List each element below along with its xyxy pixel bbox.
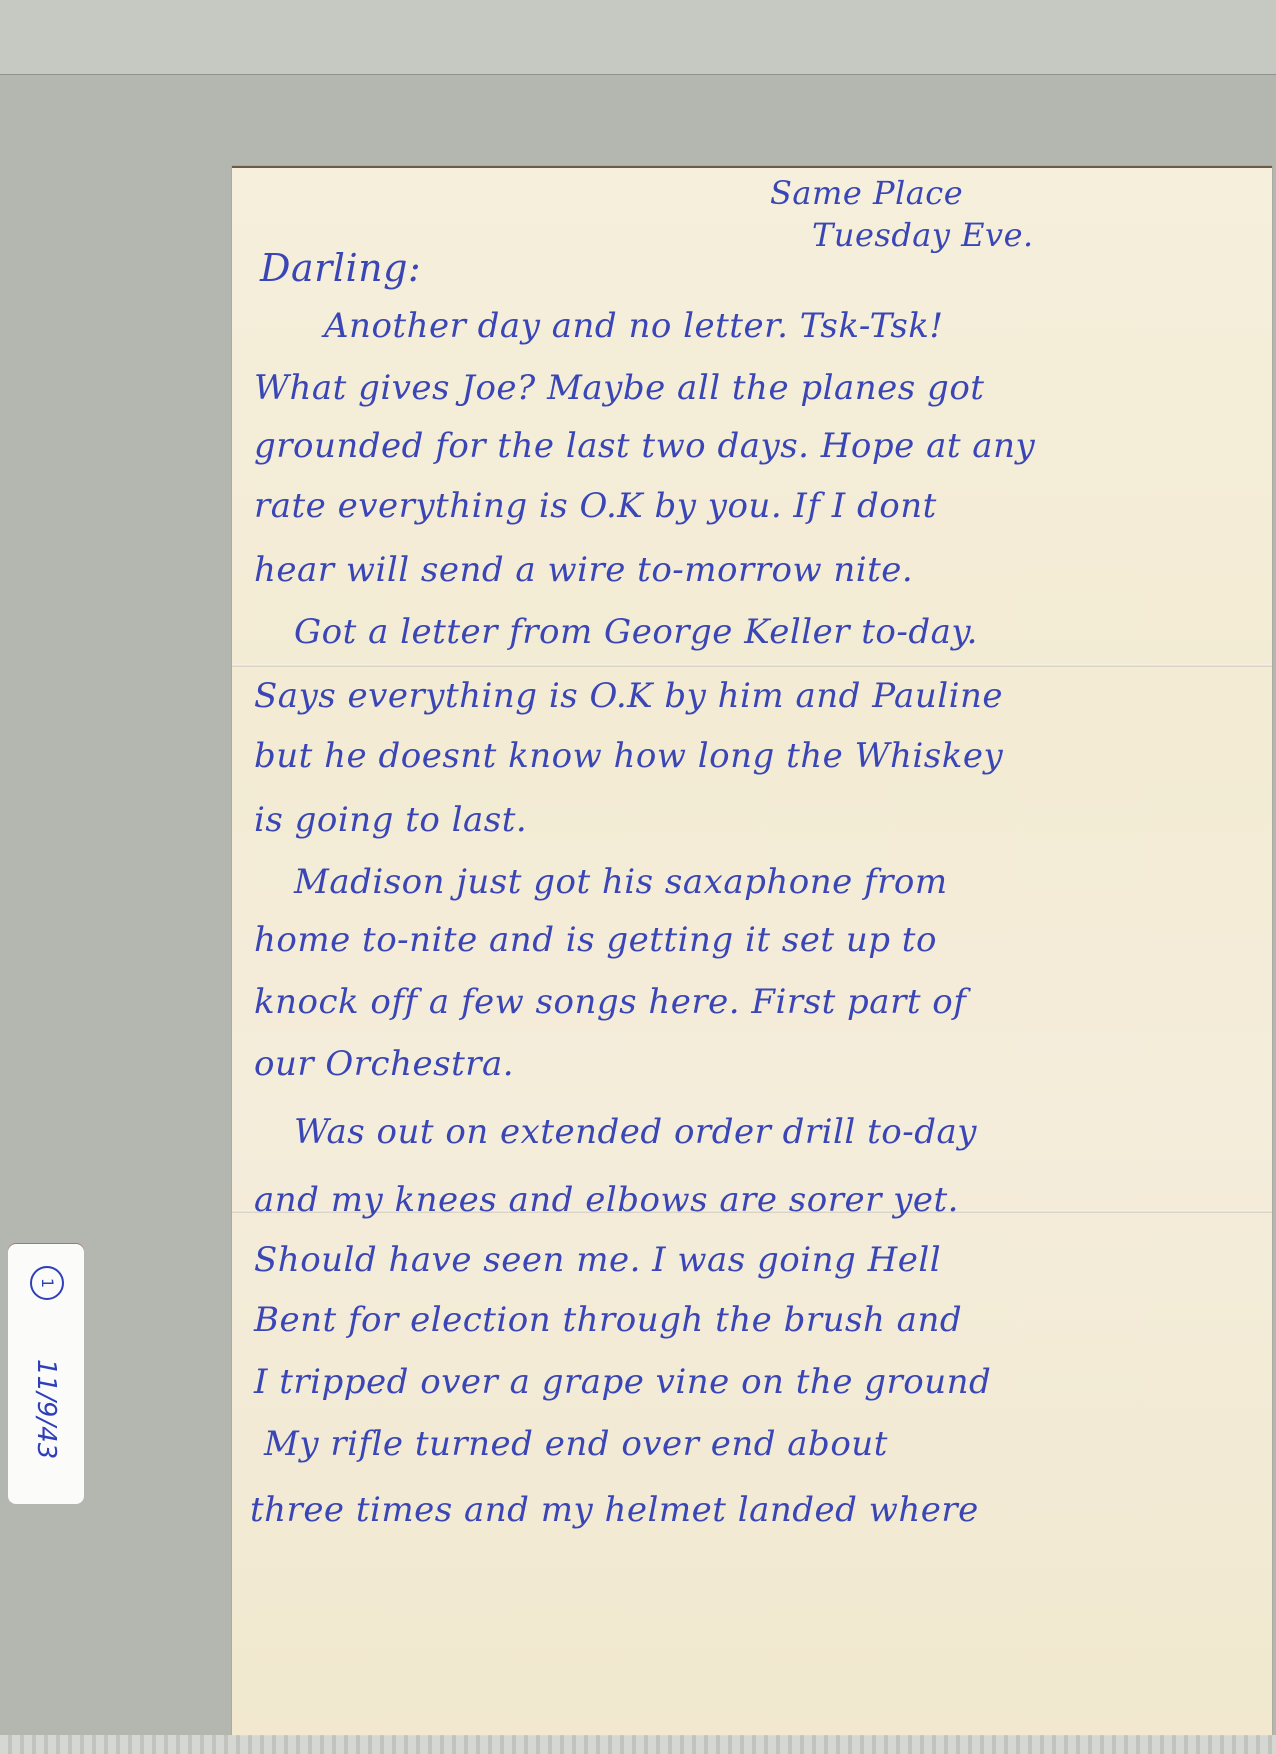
letter-line: three times and my helmet landed where bbox=[250, 1490, 979, 1530]
letter-line: I tripped over a grape vine on the groun… bbox=[254, 1362, 991, 1402]
letter-page: Same Place Tuesday Eve. Darling: Another… bbox=[232, 166, 1272, 1736]
page-number-circle: 1 bbox=[30, 1266, 64, 1300]
letter-line: hear will send a wire to-morrow nite. bbox=[254, 550, 913, 590]
letter-line: What gives Joe? Maybe all the planes got bbox=[254, 368, 984, 408]
letter-line: Madison just got his saxaphone from bbox=[294, 862, 948, 902]
letter-line: our Orchestra. bbox=[254, 1044, 514, 1084]
letter-line: Was out on extended order drill to-day bbox=[294, 1112, 977, 1152]
letter-line: home to-nite and is getting it set up to bbox=[254, 920, 937, 960]
letter-line: Another day and no letter. Tsk-Tsk! bbox=[324, 306, 944, 346]
letter-line: grounded for the last two days. Hope at … bbox=[254, 426, 1035, 466]
scanner-bottom-band bbox=[0, 1735, 1276, 1754]
letter-line: Says everything is O.K by him and Paulin… bbox=[254, 676, 1003, 716]
letter-line: Should have seen me. I was going Hell bbox=[254, 1240, 941, 1280]
letter-line: knock off a few songs here. First part o… bbox=[254, 982, 966, 1022]
letter-line: My rifle turned end over end about bbox=[264, 1424, 888, 1464]
scanner-top-band bbox=[0, 0, 1276, 75]
header-place: Same Place bbox=[770, 174, 963, 212]
letter-line: Got a letter from George Keller to-day. bbox=[294, 612, 978, 652]
letter-line: but he doesnt know how long the Whiskey bbox=[254, 736, 1003, 776]
salutation: Darling: bbox=[260, 246, 421, 290]
letter-line: and my knees and elbows are sorer yet. bbox=[254, 1180, 959, 1220]
archive-label-tag: 1 11/9/43 bbox=[8, 1244, 84, 1504]
letter-line: Bent for election through the brush and bbox=[254, 1300, 962, 1340]
header-day: Tuesday Eve. bbox=[812, 216, 1034, 254]
letter-line: rate everything is O.K by you. If I dont bbox=[254, 486, 937, 526]
fold-line bbox=[232, 664, 1272, 667]
letter-line: is going to last. bbox=[254, 800, 527, 840]
letter-date: 11/9/43 bbox=[31, 1359, 61, 1459]
